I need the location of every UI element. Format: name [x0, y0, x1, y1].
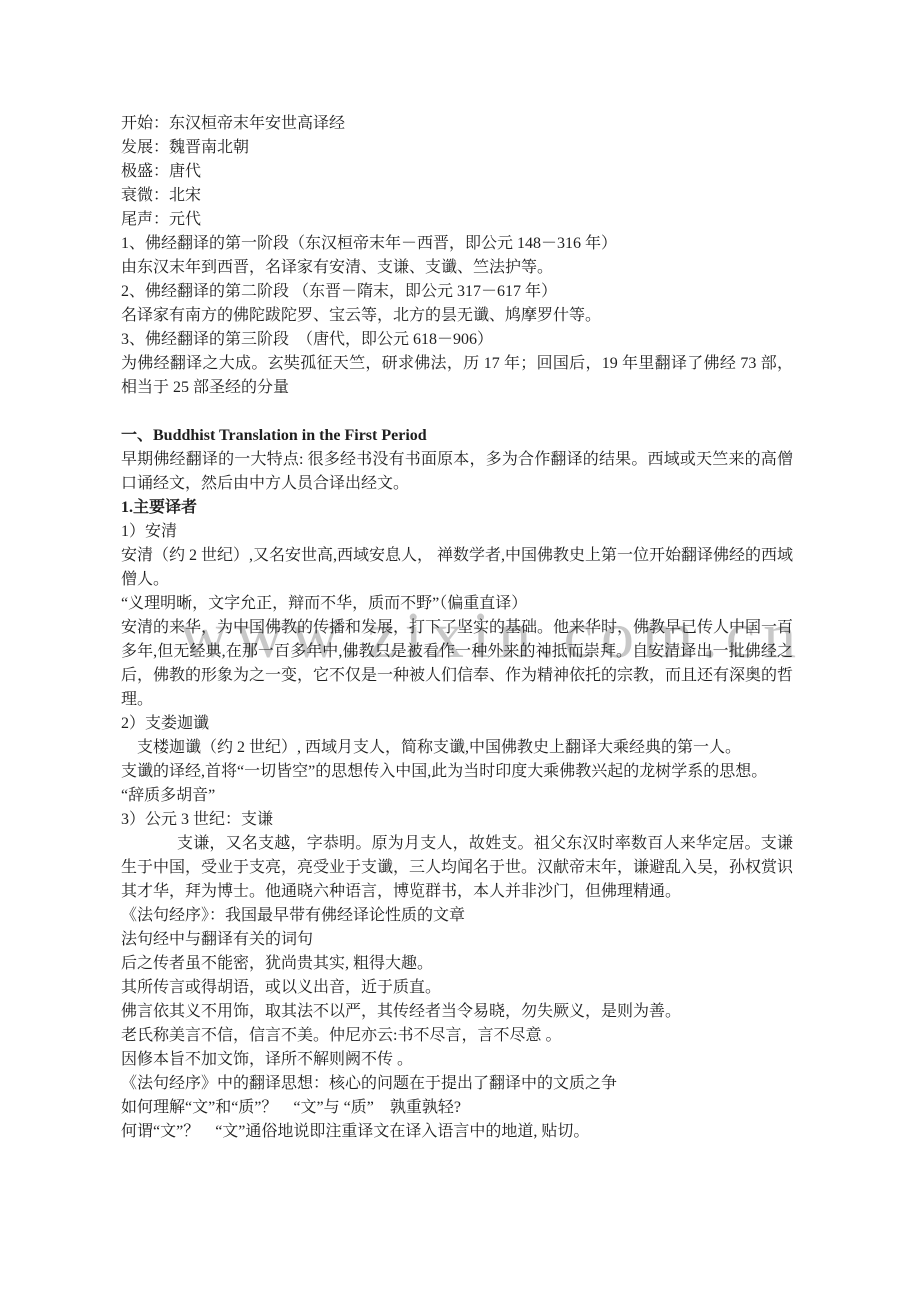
paragraph: 由东汉末年到西晋，名译家有安清、支谦、支谶、竺法护等。 — [121, 256, 793, 280]
section-heading: 1.主要译者 — [121, 496, 793, 520]
paragraph: 《法句经序》中的翻译思想：核心的问题在于提出了翻译中的文质之争 — [121, 1072, 793, 1096]
paragraph: 尾声：元代 — [121, 208, 793, 232]
paragraph: 3）公元 3 世纪：支谦 — [121, 808, 793, 832]
paragraph: 2）支娄迦谶 — [121, 712, 793, 736]
paragraph: 支谶的译经,首将“一切皆空”的思想传入中国,此为当时印度大乘佛教兴起的龙树学系的… — [121, 760, 793, 784]
document-body: 开始：东汉桓帝末年安世高译经发展：魏晋南北朝极盛：唐代衰微：北宋尾声：元代1、佛… — [121, 112, 793, 1144]
paragraph: 为佛经翻译之大成。玄奘孤征天竺，研求佛法，历 17 年；回国后，19 年里翻译了… — [121, 352, 793, 400]
paragraph: 3、佛经翻译的第三阶段 （唐代，即公元 618－906） — [121, 328, 793, 352]
paragraph: 法句经中与翻译有关的词句 — [121, 928, 793, 952]
paragraph: “辞质多胡音” — [121, 784, 793, 808]
paragraph: 因修本旨不加文饰，译所不解则阙不传 。 — [121, 1048, 793, 1072]
blank-line — [121, 400, 793, 424]
document-page: www.zixin.com.cn 开始：东汉桓帝末年安世高译经发展：魏晋南北朝极… — [0, 0, 920, 1302]
paragraph: 2、佛经翻译的第二阶段 （东晋－隋末，即公元 317－617 年） — [121, 280, 793, 304]
paragraph: 衰微：北宋 — [121, 184, 793, 208]
paragraph: 老氏称美言不信，信言不美。仲尼亦云:书不尽言，言不尽意 。 — [121, 1024, 793, 1048]
paragraph: 开始：东汉桓帝末年安世高译经 — [121, 112, 793, 136]
paragraph: “义理明晰，文字允正，辩而不华，质而不野”（偏重直译） — [121, 592, 793, 616]
paragraph: 后之传者虽不能密，犹尚贵其实, 粗得大趣。 — [121, 952, 793, 976]
paragraph: 发展：魏晋南北朝 — [121, 136, 793, 160]
paragraph: 1、佛经翻译的第一阶段（东汉桓帝末年－西晋，即公元 148－316 年） — [121, 232, 793, 256]
paragraph: 其所传言或得胡语，或以义出音，近于质直。 — [121, 976, 793, 1000]
paragraph: 《法句经序》：我国最早带有佛经译论性质的文章 — [121, 904, 793, 928]
paragraph: 名译家有南方的佛陀跋陀罗、宝云等，北方的昙无谶、鸠摩罗什等。 — [121, 304, 793, 328]
paragraph: 安清的来华，为中国佛教的传播和发展，打下了坚实的基础。他来华时，佛教早已传人中国… — [121, 616, 793, 712]
paragraph: 支楼迦谶（约 2 世纪）, 西域月支人，简称支谶,中国佛教史上翻译大乘经典的第一… — [121, 736, 793, 760]
paragraph: 如何理解“文”和“质”？ “文”与 “质” 孰重孰轻? — [121, 1096, 793, 1120]
paragraph: 何谓“文”？ “文”通俗地说即注重译文在译入语言中的地道, 贴切。 — [121, 1120, 793, 1144]
paragraph: 支谦，又名支越，字恭明。原为月支人，故姓支。祖父东汉时率数百人来华定居。支谦生于… — [121, 832, 793, 904]
paragraph: 佛言依其义不用饰，取其法不以严，其传经者当令易晓，勿失厥义，是则为善。 — [121, 1000, 793, 1024]
paragraph: 早期佛经翻译的一大特点: 很多经书没有书面原本，多为合作翻译的结果。西域或天竺来… — [121, 448, 793, 496]
section-heading: 一、Buddhist Translation in the First Peri… — [121, 424, 793, 448]
paragraph: 1）安清 — [121, 520, 793, 544]
paragraph: 极盛：唐代 — [121, 160, 793, 184]
paragraph: 安清（约 2 世纪）,又名安世高,西域安息人， 禅数学者,中国佛教史上第一位开始… — [121, 544, 793, 592]
